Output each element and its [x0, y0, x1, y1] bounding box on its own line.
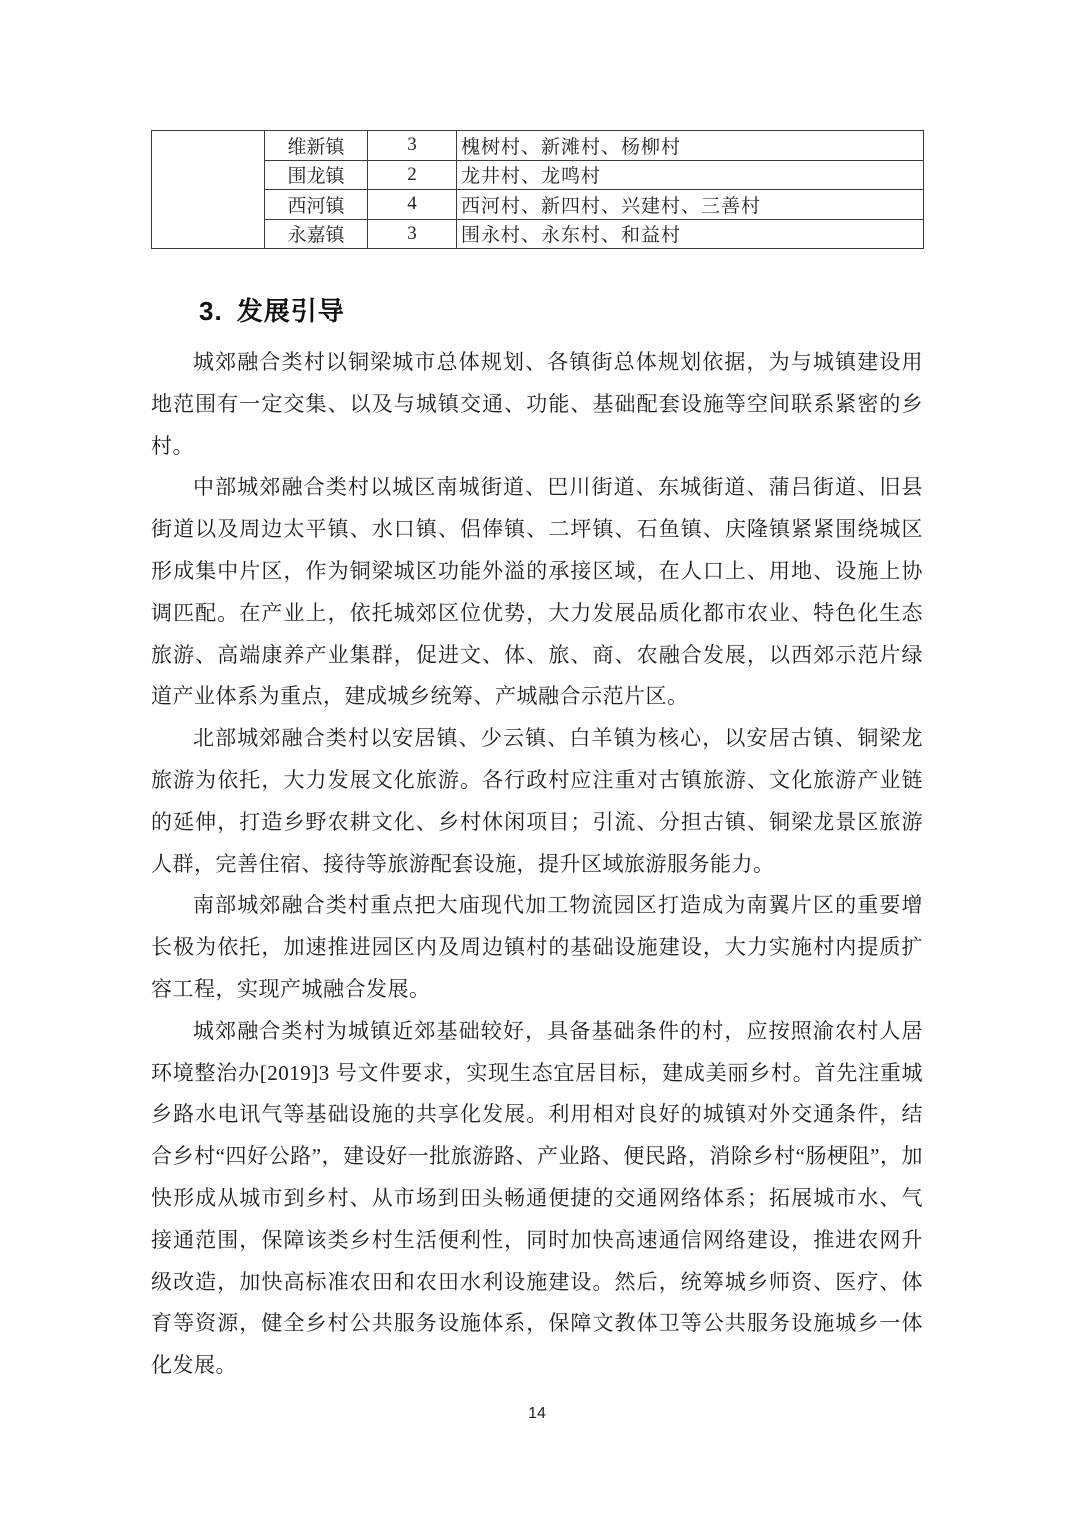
section-heading: 3.发展引导 [199, 291, 923, 328]
page-number: 14 [0, 1405, 1074, 1423]
count-cell: 2 [368, 160, 457, 190]
count-cell: 3 [368, 131, 457, 161]
town-cell: 围龙镇 [265, 160, 368, 190]
table-row: 维新镇 3 槐树村、新滩村、杨柳村 [152, 131, 924, 161]
table-row: 西河镇 4 西河村、新四村、兴建村、三善村 [152, 190, 924, 220]
villages-cell: 西河村、新四村、兴建村、三善村 [457, 190, 924, 220]
section-number: 3. [199, 296, 223, 326]
paragraph-overview: 城郊融合类村以铜梁城市总体规划、各镇街总体规划依据，为与城镇建设用地范围有一定交… [151, 342, 923, 467]
body-text: 城郊融合类村以铜梁城市总体规划、各镇街总体规划依据，为与城镇建设用地范围有一定交… [151, 342, 923, 1387]
town-cell: 维新镇 [265, 131, 368, 161]
town-cell: 永嘉镇 [265, 219, 368, 249]
document-page: 维新镇 3 槐树村、新滩村、杨柳村 围龙镇 2 龙井村、龙鸣村 西河镇 4 西河… [0, 0, 1074, 1520]
town-cell: 西河镇 [265, 190, 368, 220]
paragraph-northern-area: 北部城郊融合类村以安居镇、少云镇、白羊镇为核心，以安居古镇、铜梁龙旅游为依托，大… [151, 718, 923, 885]
table-empty-category-cell [152, 131, 265, 249]
table-row: 永嘉镇 3 围永村、永东村、和益村 [152, 219, 924, 249]
table-row: 围龙镇 2 龙井村、龙鸣村 [152, 160, 924, 190]
section-title: 发展引导 [237, 296, 345, 326]
village-classification-table: 维新镇 3 槐树村、新滩村、杨柳村 围龙镇 2 龙井村、龙鸣村 西河镇 4 西河… [151, 130, 924, 249]
paragraph-infrastructure: 城郊融合类村为城镇近郊基础较好，具备基础条件的村，应按照渝农村人居环境整治办[2… [151, 1011, 923, 1387]
villages-cell: 槐树村、新滩村、杨柳村 [457, 131, 924, 161]
count-cell: 3 [368, 219, 457, 249]
page-content: 维新镇 3 槐树村、新滩村、杨柳村 围龙镇 2 龙井村、龙鸣村 西河镇 4 西河… [151, 0, 923, 1387]
villages-cell: 围永村、永东村、和益村 [457, 219, 924, 249]
paragraph-southern-area: 南部城郊融合类村重点把大庙现代加工物流园区打造成为南翼片区的重要增长极为依托，加… [151, 885, 923, 1010]
villages-cell: 龙井村、龙鸣村 [457, 160, 924, 190]
paragraph-central-area: 中部城郊融合类村以城区南城街道、巴川街道、东城街道、蒲吕街道、旧县街道以及周边太… [151, 467, 923, 718]
count-cell: 4 [368, 190, 457, 220]
